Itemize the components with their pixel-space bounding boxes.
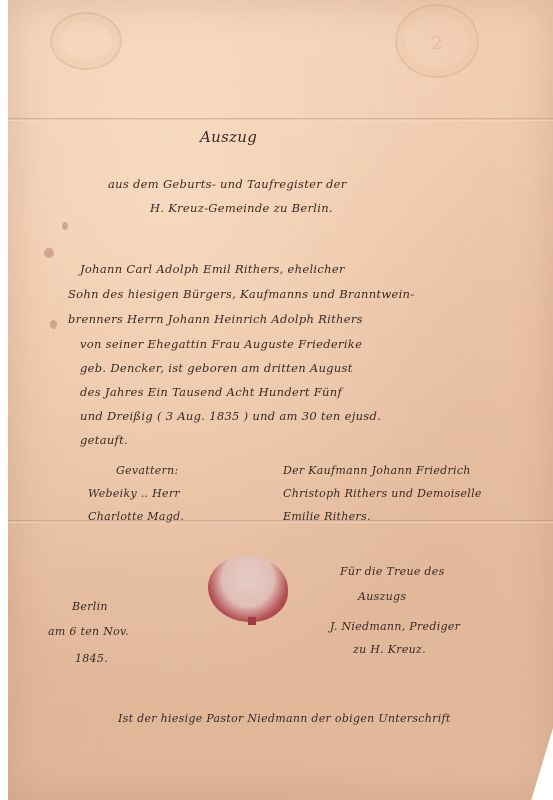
ink-stain bbox=[50, 320, 57, 329]
signature-line: zu H. Kreuz. bbox=[353, 643, 426, 656]
footer-note: Ist der hiesige Pastor Niedmann der obig… bbox=[118, 712, 451, 725]
subtitle-line: H. Kreuz-Gemeinde zu Berlin. bbox=[150, 201, 333, 215]
body-line: und Dreißig ( 3 Aug. 1835 ) und am 30 te… bbox=[80, 409, 381, 423]
body-line: des Jahres Ein Tausend Acht Hundert Fünf bbox=[80, 385, 342, 399]
attestation-line: Auszugs bbox=[358, 590, 406, 603]
ink-stain bbox=[62, 222, 68, 230]
subtitle-line: aus dem Geburts- und Taufregister der bbox=[108, 177, 347, 191]
date-line: am 6 ten Nov. bbox=[48, 625, 129, 638]
godparents-label: Gevattern: bbox=[116, 464, 178, 477]
embossed-stamp-right: 2 bbox=[395, 4, 479, 78]
attestation-line: Für die Treue des bbox=[340, 565, 445, 578]
godparent-left: Webeiky .. Herr bbox=[88, 487, 180, 500]
year-line: 1845. bbox=[75, 652, 108, 665]
body-line: getauft. bbox=[80, 433, 128, 447]
godparent-right: Emilie Rithers. bbox=[283, 510, 371, 523]
body-line: Sohn des hiesigen Bürgers, Kaufmanns und… bbox=[68, 287, 414, 301]
body-line: brenners Herrn Johann Heinrich Adolph Ri… bbox=[68, 312, 363, 326]
document-title: Auszug bbox=[200, 128, 257, 146]
ink-stain bbox=[44, 248, 54, 258]
fold-line bbox=[8, 118, 553, 121]
godparent-left: Charlotte Magd. bbox=[88, 510, 184, 523]
godparent-right: Christoph Rithers und Demoiselle bbox=[283, 487, 482, 500]
body-line: geb. Dencker, ist geboren am dritten Aug… bbox=[80, 361, 353, 375]
body-line: von seiner Ehegattin Frau Auguste Friede… bbox=[80, 337, 362, 351]
place-line: Berlin bbox=[72, 600, 108, 613]
body-line: Johann Carl Adolph Emil Rithers, ehelich… bbox=[80, 262, 345, 276]
godparent-right: Der Kaufmann Johann Friedrich bbox=[283, 464, 471, 477]
wax-seal bbox=[208, 556, 288, 622]
embossed-stamp-left bbox=[50, 12, 122, 70]
signature-line: J. Niedmann, Prediger bbox=[330, 620, 460, 633]
wax-seal-drip bbox=[248, 617, 256, 625]
stamp-value: 2 bbox=[397, 33, 477, 54]
